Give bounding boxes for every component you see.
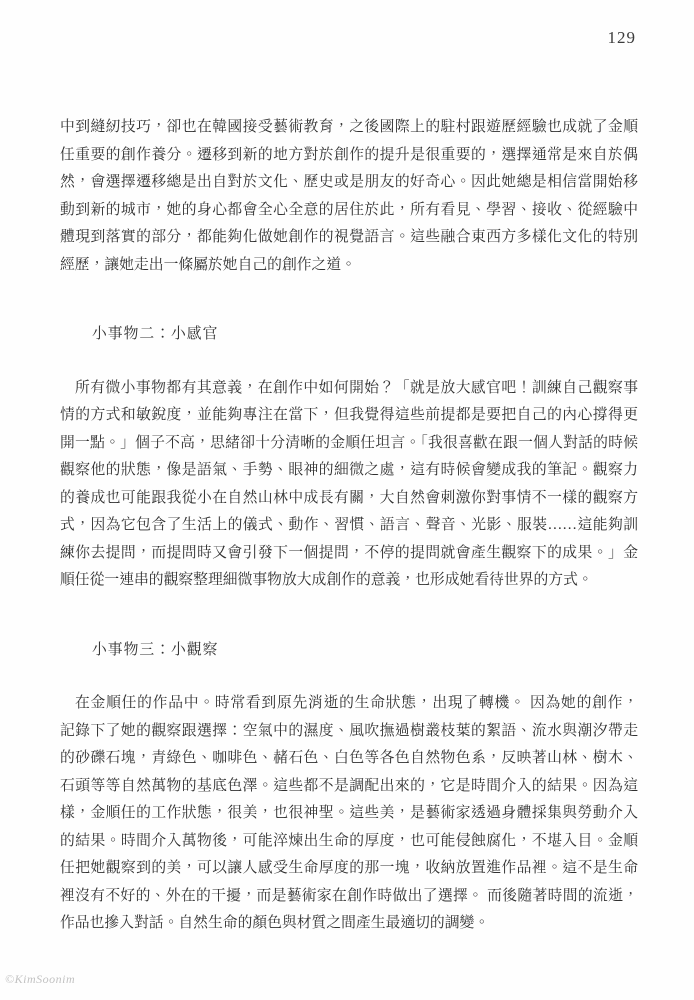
- text-line: 記錄下了她的觀察跟選擇：空氣中的濕度、風吹撫過樹叢枝葉的絮語、流水與潮汐帶走: [60, 718, 638, 746]
- text-line: 練你去提問，而提問時又會引發下一個提問，不停的提問就會產生觀察下的成果。」金: [60, 540, 638, 568]
- text-line: 任把她觀察到的美，可以讓人感受生命厚度的那一塊，收納放置進作品裡。這不是生命: [60, 855, 638, 883]
- page-number: 129: [608, 28, 637, 48]
- text-line: 裡沒有不好的、外在的干擾，而是藝術家在創作時做出了選擇。 而後隨著時間的流逝，: [60, 883, 638, 911]
- paragraph: 所有微小事物都有其意義，在創作中如何開始？「就是放大感官吧！訓練自己觀察事情的方…: [60, 375, 638, 595]
- text-line: 的結果。時間介入萬物後，可能淬煉出生命的厚度，也可能侵蝕腐化，不堪入目。金順: [60, 828, 638, 856]
- document-page: 129 中到縫紉技巧，卻也在韓國接受藝術教育，之後國際上的駐村跟遊歷經驗也成就了…: [0, 0, 694, 1000]
- text-line: 石頭等等自然萬物的基底色澤。這些都不是調配出來的，它是時間介入的結果。因為這: [60, 773, 638, 801]
- text-line: 的養成也可能跟我從小在自然山林中成長有關，大自然會刺激你對事情不一樣的觀察方: [60, 485, 638, 513]
- text-line: 情的方式和敏銳度，並能夠專注在當下，但我覺得這些前提都是要把自己的內心撐得更: [60, 402, 638, 430]
- text-line: 開一點。」個子不高，思緒卻十分清晰的金順任坦言。「我很喜歡在跟一個人對話的時候: [60, 430, 638, 458]
- text-line: 所有微小事物都有其意義，在創作中如何開始？「就是放大感官吧！訓練自己觀察事: [60, 375, 638, 403]
- text-line: 中到縫紉技巧，卻也在韓國接受藝術教育，之後國際上的駐村跟遊歷經驗也成就了金順: [60, 114, 638, 142]
- article-body: 中到縫紉技巧，卻也在韓國接受藝術教育，之後國際上的駐村跟遊歷經驗也成就了金順任重…: [60, 114, 638, 938]
- text-line: 經歷，讓她走出一條屬於她自己的創作之道。: [60, 252, 638, 280]
- text-line: 式，因為它包含了生活上的儀式、動作、習慣、語言、聲音、光影、服裝……這能夠訓: [60, 512, 638, 540]
- text-line: 觀察他的狀態，像是語氣、手勢、眼神的細微之處，這有時候會變成我的筆記。觀察力: [60, 457, 638, 485]
- text-line: 作品也摻入對話。自然生命的顏色與材質之間產生最適切的調變。: [60, 910, 638, 938]
- text-line: 動到新的城市，她的身心都會全心全意的居住於此，所有看見、學習、接收、從經驗中: [60, 197, 638, 225]
- section-heading: 小事物二：小感官: [60, 321, 638, 349]
- paragraph: 在金順任的作品中。時常看到原先消逝的生命狀態，出現了轉機。 因為她的創作，記錄下…: [60, 690, 638, 938]
- text-line: 樣，金順任的工作狀態，很美，也很神聖。這些美，是藝術家透過身體採集與勞動介入: [60, 800, 638, 828]
- paragraph: 中到縫紉技巧，卻也在韓國接受藝術教育，之後國際上的駐村跟遊歷經驗也成就了金順任重…: [60, 114, 638, 279]
- text-line: 順任從一連串的觀察整理細微事物放大成創作的意義，也形成她看待世界的方式。: [60, 567, 638, 595]
- text-line: 體現到落實的部分，都能夠化做她創作的視覺語言。這些融合東西方多樣化文化的特別: [60, 224, 638, 252]
- text-line: 在金順任的作品中。時常看到原先消逝的生命狀態，出現了轉機。 因為她的創作，: [60, 690, 638, 718]
- text-line: 然，會選擇遷移總是出自對於文化、歷史或是朋友的好奇心。因此她總是相信當開始移: [60, 169, 638, 197]
- text-line: 的砂礫石塊，青綠色、咖啡色、赭石色、白色等各色自然物色系，反映著山林、樹木、: [60, 745, 638, 773]
- text-line: 任重要的創作養分。遷移到新的地方對於創作的提升是很重要的，選擇通常是來自於偶: [60, 142, 638, 170]
- watermark: ©KimSoonim: [5, 972, 75, 987]
- section-heading: 小事物三：小觀察: [60, 637, 638, 665]
